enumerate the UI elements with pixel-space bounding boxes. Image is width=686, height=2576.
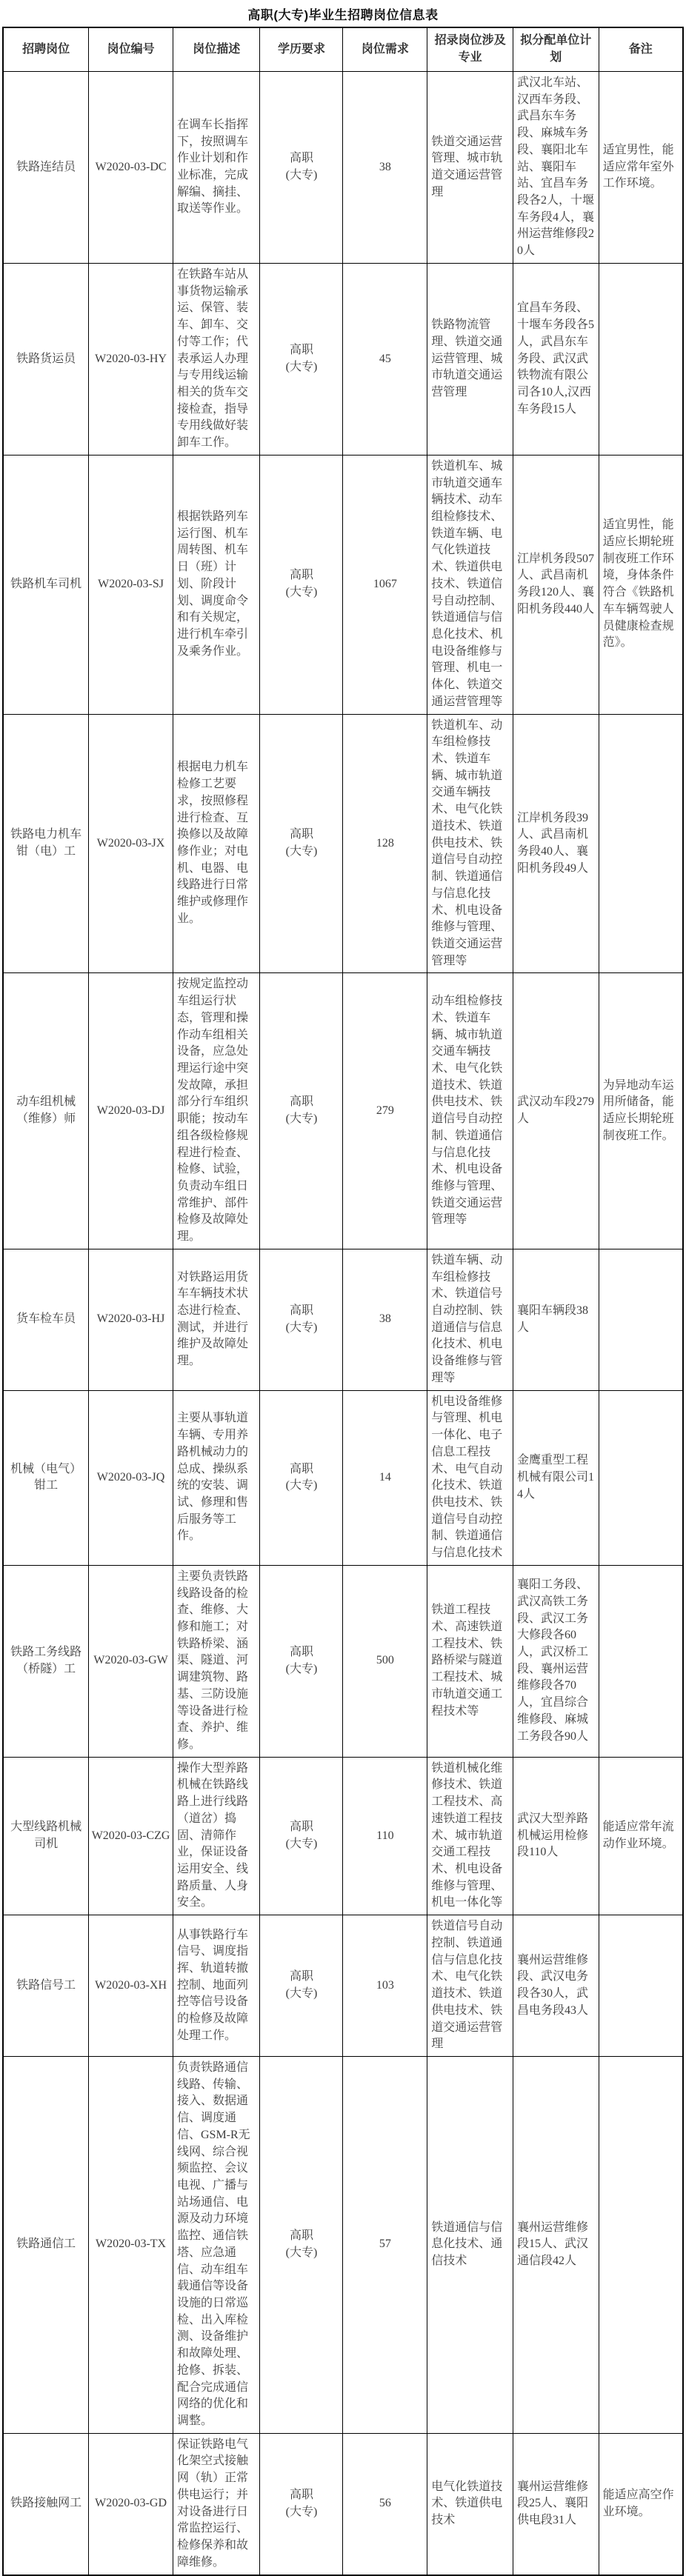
- cell-description: 操作大型养路机械在铁路线路上进行线路（道岔）捣固、清筛作业，保证设备运用安全、线…: [173, 1757, 260, 1915]
- cell-demand: 38: [343, 72, 427, 264]
- cell-education: 高职 (大专): [260, 2433, 343, 2575]
- cell-majors: 电气化铁道技术、铁道供电技术: [427, 2433, 513, 2575]
- cell-description: 负责铁路通信线路、传输、接入、数据通信、调度通信、GSM-R无线网、综合视频监控…: [173, 2056, 260, 2433]
- column-header-description: 岗位描述: [173, 27, 260, 72]
- cell-remark: 适宜男性，能适应长期轮班制夜班工作环境，身体条件符合《铁路机车车辆驾驶人员健康检…: [599, 455, 683, 714]
- cell-position: 铁路电力机车钳（电）工: [3, 714, 89, 973]
- cell-description: 在调车长指挥下，按照调车作业计划和作业标准，完成解编、摘挂、取送等作业。: [173, 72, 260, 264]
- column-header-majors: 招录岗位涉及专业: [427, 27, 513, 72]
- cell-majors: 铁道工程技术、高速铁道工程技术、铁路桥梁与隧道工程技术、城市轨道交通工程技术等: [427, 1565, 513, 1757]
- cell-majors: 动车组检修技术、铁道车辆、城市轨道交通车辆技术、电气化铁道技术、铁道供电技术、铁…: [427, 973, 513, 1249]
- cell-demand: 110: [343, 1757, 427, 1915]
- cell-position: 机械（电气）钳工: [3, 1390, 89, 1565]
- cell-position: 铁路连结员: [3, 72, 89, 264]
- table-header: 招聘岗位 岗位编号 岗位描述 学历要求 岗位需求 招录岗位涉及专业 拟分配单位计…: [3, 27, 683, 72]
- cell-description: 主要负责铁路线路设备的检查、维修、大修和施工；对铁路桥梁、涵渠、隧道、河调建筑物…: [173, 1565, 260, 1757]
- cell-remark: [599, 263, 683, 455]
- cell-education: 高职 (大专): [260, 973, 343, 1249]
- cell-allocation: 武汉大型养路机械运用检修段110人: [513, 1757, 599, 1915]
- cell-majors: 铁道机车、城市轨道交通车辆技术、动车组检修技术、铁道车辆、电气化铁道技术、铁道供…: [427, 455, 513, 714]
- cell-remark: 适宜男性，能适应常年室外工作环境。: [599, 72, 683, 264]
- cell-code: W2020-03-DJ: [89, 973, 173, 1249]
- table-body: 铁路连结员 W2020-03-DC 在调车长指挥下，按照调车作业计划和作业标准，…: [3, 72, 683, 2575]
- cell-description: 对铁路运用货车车辆技术状态进行检查、测试，并进行维护及故障处理。: [173, 1249, 260, 1390]
- cell-position: 铁路货运员: [3, 263, 89, 455]
- cell-majors: 铁道交通运营管理、城市轨道交通运营管理: [427, 72, 513, 264]
- column-header-allocation: 拟分配单位计划: [513, 27, 599, 72]
- cell-demand: 38: [343, 1249, 427, 1390]
- table-row: 铁路通信工 W2020-03-TX 负责铁路通信线路、传输、接入、数据通信、调度…: [3, 2056, 683, 2433]
- column-header-code: 岗位编号: [89, 27, 173, 72]
- cell-code: W2020-03-SJ: [89, 455, 173, 714]
- column-header-remark: 备注: [599, 27, 683, 72]
- cell-education: 高职 (大专): [260, 2056, 343, 2433]
- cell-code: W2020-03-XH: [89, 1915, 173, 2057]
- table-row: 铁路信号工 W2020-03-XH 从事铁路行车信号、调度指挥、轨道转撤控制、地…: [3, 1915, 683, 2057]
- cell-allocation: 金鹰重型工程机械有限公司14人: [513, 1390, 599, 1565]
- cell-description: 主要从事轨道车辆、专用养路机械动力的总成、操纵系统的安装、调试、修理和售后服务等…: [173, 1390, 260, 1565]
- cell-majors: 铁道机械化维修技术、铁道工程技术、高速铁道工程技术、城市轨道交通工程技术、机电设…: [427, 1757, 513, 1915]
- cell-majors: 铁道通信与信息化技术、通信技术: [427, 2056, 513, 2433]
- cell-allocation: 宜昌车务段、十堰车务段各5人，武昌东车务段、武汉武铁物流有限公司各10人,汉西车…: [513, 263, 599, 455]
- cell-allocation: 襄阳车辆段38人: [513, 1249, 599, 1390]
- cell-position: 大型线路机械司机: [3, 1757, 89, 1915]
- cell-allocation: 江岸机务段507人、武昌南机务段120人、襄阳机务段440人: [513, 455, 599, 714]
- cell-remark: [599, 714, 683, 973]
- cell-demand: 500: [343, 1565, 427, 1757]
- cell-position: 铁路接触网工: [3, 2433, 89, 2575]
- cell-education: 高职 (大专): [260, 455, 343, 714]
- cell-code: W2020-03-GD: [89, 2433, 173, 2575]
- cell-education: 高职 (大专): [260, 1757, 343, 1915]
- cell-code: W2020-03-DC: [89, 72, 173, 264]
- cell-position: 铁路工务线路（桥隧）工: [3, 1565, 89, 1757]
- cell-code: W2020-03-JQ: [89, 1390, 173, 1565]
- table-row: 动车组机械（维修）师 W2020-03-DJ 按规定监控动车组运行状态，管理和操…: [3, 973, 683, 1249]
- cell-allocation: 襄州运营维修段、武汉电务段各30人，武昌电务段43人: [513, 1915, 599, 2057]
- cell-position: 铁路通信工: [3, 2056, 89, 2433]
- cell-remark: [599, 1249, 683, 1390]
- cell-demand: 128: [343, 714, 427, 973]
- cell-description: 根据铁路列车运行图、机车周转图、机车日（班）计划、阶段计划、调度命令和有关规定，…: [173, 455, 260, 714]
- cell-allocation: 江岸机务段39人、武昌南机务段40人、襄阳机务段49人: [513, 714, 599, 973]
- cell-description: 按规定监控动车组运行状态，管理和操作动车组相关设备，应急处理运行途中突发故障，承…: [173, 973, 260, 1249]
- cell-demand: 14: [343, 1390, 427, 1565]
- cell-demand: 279: [343, 973, 427, 1249]
- column-header-education: 学历要求: [260, 27, 343, 72]
- cell-demand: 45: [343, 263, 427, 455]
- cell-demand: 56: [343, 2433, 427, 2575]
- cell-allocation: 襄州运营维修段15人、武汉通信段42人: [513, 2056, 599, 2433]
- recruitment-table: 招聘岗位 岗位编号 岗位描述 学历要求 岗位需求 招录岗位涉及专业 拟分配单位计…: [2, 27, 684, 2576]
- cell-code: W2020-03-JX: [89, 714, 173, 973]
- cell-position: 铁路信号工: [3, 1915, 89, 2057]
- cell-code: W2020-03-HJ: [89, 1249, 173, 1390]
- cell-majors: 铁道信号自动控制、铁道通信与信息化技术、电气化铁道技术、铁道供电技术、铁道交通运…: [427, 1915, 513, 2057]
- table-row: 铁路机车司机 W2020-03-SJ 根据铁路列车运行图、机车周转图、机车日（班…: [3, 455, 683, 714]
- cell-code: W2020-03-GW: [89, 1565, 173, 1757]
- cell-education: 高职 (大专): [260, 1249, 343, 1390]
- cell-majors: 铁道机车、动车组检修技术、铁道车辆、城市轨道交通车辆技术、电气化铁道技术、铁道供…: [427, 714, 513, 973]
- cell-code: W2020-03-TX: [89, 2056, 173, 2433]
- page-title: 高职(大专)毕业生招聘岗位信息表: [0, 0, 686, 27]
- cell-education: 高职 (大专): [260, 714, 343, 973]
- cell-position: 铁路机车司机: [3, 455, 89, 714]
- cell-remark: [599, 2056, 683, 2433]
- header-row: 招聘岗位 岗位编号 岗位描述 学历要求 岗位需求 招录岗位涉及专业 拟分配单位计…: [3, 27, 683, 72]
- cell-allocation: 武汉动车段279人: [513, 973, 599, 1249]
- cell-description: 从事铁路行车信号、调度指挥、轨道转撤控制、地面列控等信号设备的检修及故障处理工作…: [173, 1915, 260, 2057]
- cell-education: 高职 (大专): [260, 72, 343, 264]
- cell-position: 动车组机械（维修）师: [3, 973, 89, 1249]
- cell-allocation: 武汉北车站、汉西车务段、武昌东车务段、麻城车务段、襄阳北车站、襄阳车站、宜昌车务…: [513, 72, 599, 264]
- cell-remark: [599, 1915, 683, 2057]
- cell-education: 高职 (大专): [260, 263, 343, 455]
- table-row: 铁路工务线路（桥隧）工 W2020-03-GW 主要负责铁路线路设备的检查、维修…: [3, 1565, 683, 1757]
- table-row: 机械（电气）钳工 W2020-03-JQ 主要从事轨道车辆、专用养路机械动力的总…: [3, 1390, 683, 1565]
- cell-majors: 铁路物流管理、铁道交通运营管理、城市轨道交通运营管理: [427, 263, 513, 455]
- table-row: 铁路电力机车钳（电）工 W2020-03-JX 根据电力机车检修工艺要求，按照修…: [3, 714, 683, 973]
- cell-allocation: 襄阳工务段、武汉高铁工务段、武汉工务大修段各60人，武汉桥工段、襄州运营维修段各…: [513, 1565, 599, 1757]
- cell-description: 保证铁路电气化架空式接触网（轨）正常供电运行；并对设备进行日常监控运行、检修保养…: [173, 2433, 260, 2575]
- cell-remark: [599, 1565, 683, 1757]
- cell-education: 高职 (大专): [260, 1390, 343, 1565]
- cell-demand: 57: [343, 2056, 427, 2433]
- cell-education: 高职 (大专): [260, 1565, 343, 1757]
- table-row: 铁路接触网工 W2020-03-GD 保证铁路电气化架空式接触网（轨）正常供电运…: [3, 2433, 683, 2575]
- cell-description: 在铁路车站从事货物运输承运、保管、装车、卸车、交付等工作；代表承运人办理与专用线…: [173, 263, 260, 455]
- cell-demand: 103: [343, 1915, 427, 2057]
- cell-remark: 能适应高空作业环境。: [599, 2433, 683, 2575]
- table-row: 铁路连结员 W2020-03-DC 在调车长指挥下，按照调车作业计划和作业标准，…: [3, 72, 683, 264]
- cell-majors: 铁道车辆、动车组检修技术、铁道信号自动控制、铁道通信与信息化技术、机电设备维修与…: [427, 1249, 513, 1390]
- cell-remark: 为异地动车运用所储备，能适应长期轮班制夜班工作。: [599, 973, 683, 1249]
- cell-position: 货车检车员: [3, 1249, 89, 1390]
- table-row: 铁路货运员 W2020-03-HY 在铁路车站从事货物运输承运、保管、装车、卸车…: [3, 263, 683, 455]
- cell-education: 高职 (大专): [260, 1915, 343, 2057]
- cell-remark: 能适应常年流动作业环境。: [599, 1757, 683, 1915]
- cell-code: W2020-03-CZG: [89, 1757, 173, 1915]
- table-row: 货车检车员 W2020-03-HJ 对铁路运用货车车辆技术状态进行检查、测试，并…: [3, 1249, 683, 1390]
- column-header-demand: 岗位需求: [343, 27, 427, 72]
- cell-demand: 1067: [343, 455, 427, 714]
- cell-allocation: 襄州运营维修段25人、襄阳供电段31人: [513, 2433, 599, 2575]
- cell-code: W2020-03-HY: [89, 263, 173, 455]
- column-header-position: 招聘岗位: [3, 27, 89, 72]
- table-row: 大型线路机械司机 W2020-03-CZG 操作大型养路机械在铁路线路上进行线路…: [3, 1757, 683, 1915]
- cell-remark: [599, 1390, 683, 1565]
- cell-majors: 机电设备维修与管理、机电一体化、电子信息工程技术、电气自动化技术、铁道供电技术、…: [427, 1390, 513, 1565]
- cell-description: 根据电力机车检修工艺要求，按照修程进行检查、互换修以及故障修作业；对电机、电器、…: [173, 714, 260, 973]
